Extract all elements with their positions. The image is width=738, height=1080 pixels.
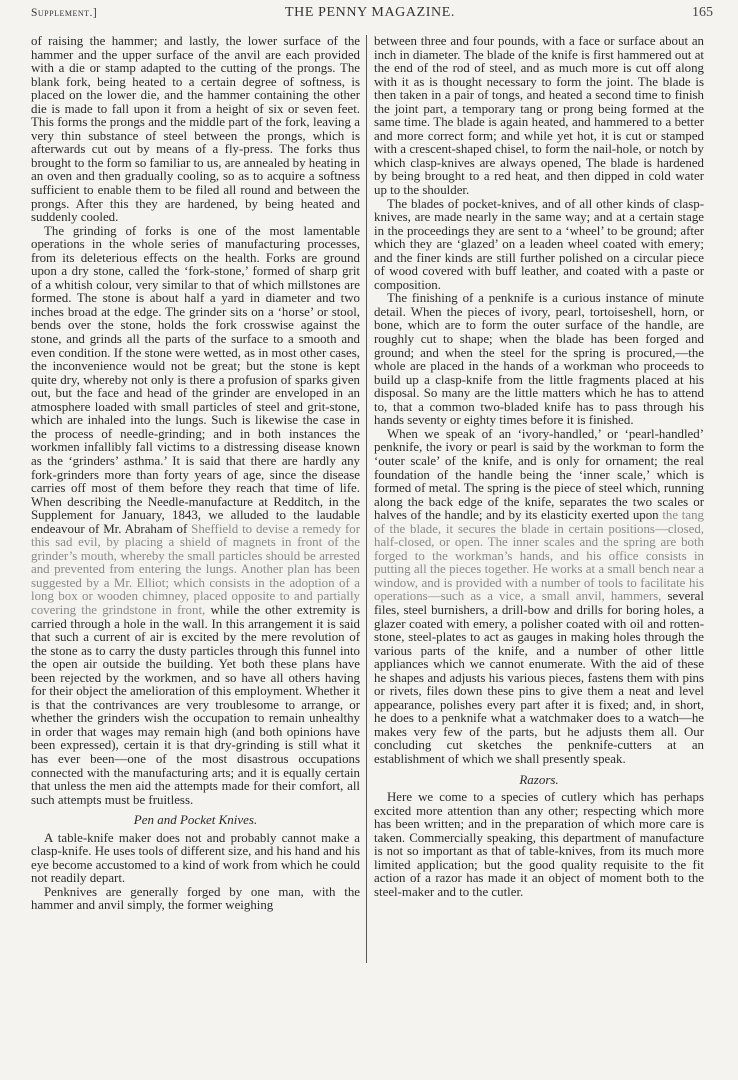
paragraph-text-faded: the tang of the blade, it secures the bl…: [374, 508, 704, 603]
paragraph-handle-scales: When we speak of an ‘ivory-handled,’ or …: [374, 428, 704, 767]
paragraph-text: When we speak of an ‘ivory-handled,’ or …: [374, 427, 704, 522]
column-divider: [366, 35, 367, 963]
paragraph-penknife-finishing: The finishing of a penknife is a curious…: [374, 292, 704, 427]
section-label: Supplement.]: [31, 7, 97, 19]
right-column: between three and four pounds, with a fa…: [374, 35, 704, 899]
paragraph-penknives-forged: Penknives are generally forged by one ma…: [31, 886, 360, 913]
paragraph-fork-grinding: The grinding of forks is one of the most…: [31, 225, 360, 808]
left-column: of raising the hammer; and lastly, the l…: [31, 35, 360, 913]
magazine-title: THE PENNY MAGAZINE.: [250, 5, 490, 21]
page-number: 165: [692, 5, 713, 21]
paragraph-text: while the other extremity is carried thr…: [31, 603, 360, 807]
section-heading-pen-knives: Pen and Pocket Knives.: [31, 813, 360, 827]
paragraph-text: The grinding of forks is one of the most…: [31, 224, 360, 536]
section-heading-razors: Razors.: [374, 773, 704, 787]
paragraph-razors: Here we come to a species of cutlery whi…: [374, 791, 704, 899]
paragraph-fork-forging: of raising the hammer; and lastly, the l…: [31, 35, 360, 225]
paragraph-table-knife-maker: A table-knife maker does not and probabl…: [31, 832, 360, 886]
page-header: Supplement.] THE PENNY MAGAZINE. 165: [0, 0, 738, 30]
paragraph-text: several files, steel burnishers, a drill…: [374, 589, 704, 766]
paragraph-blade-forging: between three and four pounds, with a fa…: [374, 35, 704, 198]
paragraph-blade-grinding: The blades of pocket-knives, and of all …: [374, 198, 704, 293]
